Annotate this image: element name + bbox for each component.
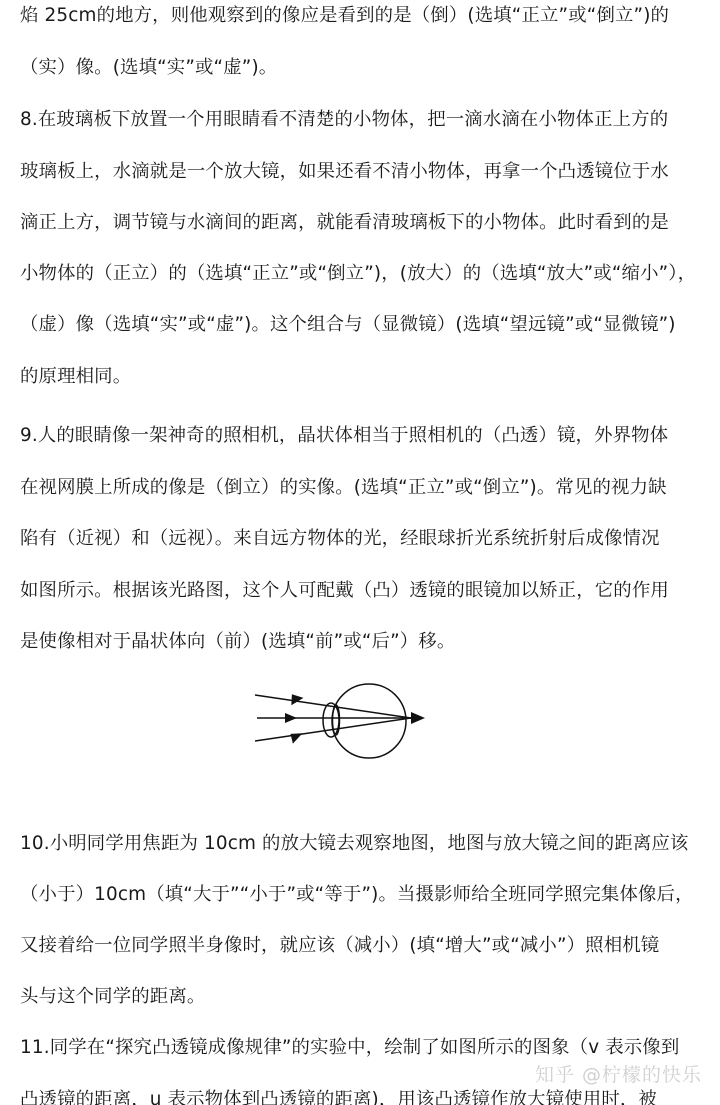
lens-outer [323,703,339,737]
arrow-icon [285,713,297,723]
text-line: 小物体的（正立）的（选填“正立”或“倒立”)，(放大）的（选填“放大”或“缩小”… [20,262,696,286]
text-line: 头与这个同学的距离。 [20,985,205,1009]
text-line: 是使像相对于晶状体向（前）(选填“前”或“后”）移。 [20,630,455,654]
question-10-line: 10.小明同学用焦距为 10cm 的放大镜去观察地图，地图与放大镜之间的距离应该 [20,832,688,856]
watermark: 知乎 @柠檬的快乐 [535,1060,702,1087]
text-line: 焰 25cm的地方，则他观察到的像应是看到的是（倒）(选填“正立”或“倒立”)的 [20,4,669,28]
text-line: （小于）10cm（填“大于”“小于”或“等于”)。当摄影师给全班同学照完集体像后… [20,883,694,907]
text-line: 又接着给一位同学照半身像时，就应该（减小）(填“增大”或“减小”）照相机镜 [20,934,659,958]
question-11-line: 11.同学在“探究凸透镜成像规律”的实验中，绘制了如图所示的图象（v 表示像到 [20,1036,679,1060]
arrow-icon [411,712,425,724]
text-line: 在视网膜上所成的像是（倒立）的实像。(选填“正立”或“倒立”)。常见的视力缺 [20,476,667,500]
text-line: （虚）像（选填“实”或“虚”)。这个组合与（显微镜）(选填“望远镜”或“显微镜”… [20,313,676,337]
arrow-icon [291,732,304,744]
text-line: 如图所示。根据该光路图，这个人可配戴（凸）透镜的眼镜加以矫正，它的作用 [20,579,669,603]
eye-light-path-diagram [245,675,445,765]
arrow-icon [290,694,303,707]
question-9-line: 9.人的眼睛像一架神奇的照相机，晶状体相当于照相机的（凸透）镜，外界物体 [20,424,668,448]
question-8-line: 8.在玻璃板下放置一个用眼睛看不清楚的小物体，把一滴水滴在小物体正上方的 [20,108,668,132]
text-line: 玻璃板上，水滴就是一个放大镜，如果还看不清小物体，再拿一个凸透镜位于水 [20,160,669,184]
text-line: 陷有（近视）和（远视）。来自远方物体的光，经眼球折光系统折射后成像情况 [20,527,660,551]
text-line: 凸透镜的距离，u 表示物体到凸透镜的距离)，用该凸透镜作放大镜使用时，被 [20,1088,657,1105]
text-line: 的原理相同。 [20,365,131,389]
text-line: （实）像。(选填“实”或“虚”)。 [20,56,277,80]
text-line: 滴正上方，调节镜与水滴间的距离，就能看清玻璃板下的小物体。此时看到的是 [20,211,669,235]
